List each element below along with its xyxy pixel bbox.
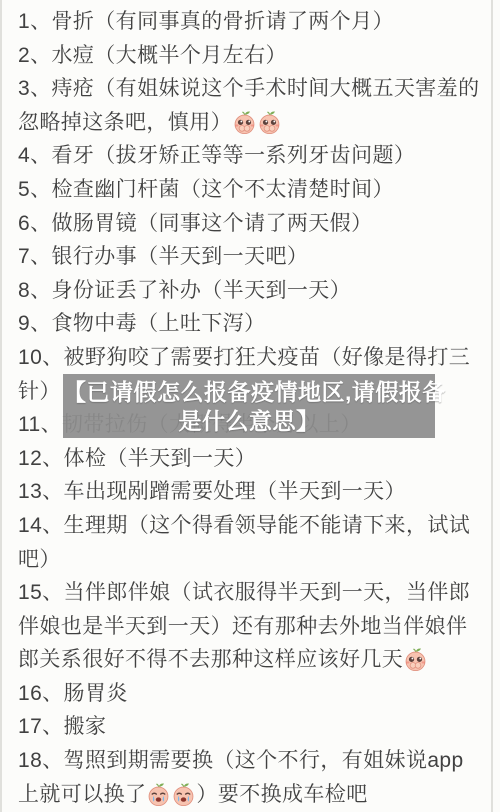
watermark-text-line1: 【已请假怎么报备疫情地区,请假报备 <box>63 378 435 407</box>
list-item-line-10-1: 10、被野狗咬了需要打狂犬疫苗（好像是得打三 <box>18 341 486 375</box>
list-item-line-8: 8、身份证丢了补办（半天到一天） <box>18 274 486 308</box>
list-line-text: ）要不换成车检吧 <box>196 783 367 806</box>
shy-peach-emoji <box>402 646 429 673</box>
list-item-line-5: 5、检查幽门杆菌（这个不太清楚时间） <box>18 173 486 207</box>
list-line-text: 18、驾照到期需要换（这个不行，有姐妹说app <box>18 749 464 772</box>
crying-peach-emoji <box>170 781 197 808</box>
list-line-text: 伴娘也是半天到一天）还有那种去外地当伴娘伴 <box>18 615 467 638</box>
list-item-line-14-1: 14、生理期（这个得看领导能不能请下来，试试 <box>18 509 486 543</box>
crying-peach-emoji <box>145 781 172 808</box>
list-item-line-1: 1、骨折（有同事真的骨折请了两个月） <box>18 5 486 39</box>
list-item-line-9: 9、食物中毒（上吐下泻） <box>18 307 486 341</box>
list-item-line-18-2: 上就可以换了）要不换成车检吧 <box>18 778 486 812</box>
shy-peach-emoji <box>231 109 258 136</box>
list-item-line-15-3: 郎关系很好不得不去那种这样应该好几天 <box>18 643 486 677</box>
list-line-text: 13、车出现剐蹭需要处理（半天到一天） <box>18 480 406 503</box>
list-item-line-2: 2、水痘（大概半个月左右） <box>18 39 486 73</box>
list-line-text: 4、看牙（拔牙矫正等等一系列牙齿问题） <box>18 144 415 167</box>
list-line-text: 17、搬家 <box>18 715 106 738</box>
list-item-line-13: 13、车出现剐蹭需要处理（半天到一天） <box>18 475 486 509</box>
list-line-text: 上就可以换了 <box>18 783 146 806</box>
list-item-line-15-2: 伴娘也是半天到一天）还有那种去外地当伴娘伴 <box>18 610 486 644</box>
left-edge-line <box>0 0 2 812</box>
shy-peach-emoji <box>256 109 283 136</box>
list-item-line-7: 7、银行办事（半天到一天吧） <box>18 240 486 274</box>
list-item-line-14-2: 吧） <box>18 543 486 577</box>
list-item-line-6: 6、做肠胃镜（同事这个请了两天假） <box>18 207 486 241</box>
list-line-text: 忽略掉这条吧，慎用） <box>18 111 232 134</box>
list-line-text: 7、银行办事（半天到一天吧） <box>18 245 308 268</box>
list-line-text: 3、痔疮（有姐妹说这个手术时间大概五天害羞的 <box>18 77 479 100</box>
list-line-text: 15、当伴郎伴娘（试衣服得半天到一天，当伴郎 <box>18 581 470 604</box>
list-line-text: 针） <box>18 380 61 403</box>
list-item-line-3-1: 3、痔疮（有姐妹说这个手术时间大概五天害羞的 <box>18 72 486 106</box>
list-item-line-3-2: 忽略掉这条吧，慎用） <box>18 106 486 140</box>
list-line-text: 吧） <box>18 548 61 571</box>
list-line-text: 5、检查幽门杆菌（这个不太清楚时间） <box>18 178 394 201</box>
list-item-line-15-1: 15、当伴郎伴娘（试衣服得半天到一天，当伴郎 <box>18 576 486 610</box>
watermark-text-line2: 是什么意思】 <box>63 407 435 436</box>
list-line-text: 2、水痘（大概半个月左右） <box>18 44 287 67</box>
watermark-banner: 【已请假怎么报备疫情地区,请假报备 是什么意思】 <box>63 374 435 438</box>
list-item-line-16: 16、肠胃炎 <box>18 677 486 711</box>
list-item-line-17: 17、搬家 <box>18 710 486 744</box>
list-item-line-4: 4、看牙（拔牙矫正等等一系列牙齿问题） <box>18 139 486 173</box>
list-line-text: 12、体检（半天到一天） <box>18 447 256 470</box>
list-line-text: 1、骨折（有同事真的骨折请了两个月） <box>18 10 394 33</box>
list-line-text: 郎关系很好不得不去那种这样应该好几天 <box>18 648 403 671</box>
list-line-text: 6、做肠胃镜（同事这个请了两天假） <box>18 212 372 235</box>
list-item-line-18-1: 18、驾照到期需要换（这个不行，有姐妹说app <box>18 744 486 778</box>
list-line-text: 8、身份证丢了补办（半天到一天） <box>18 279 351 302</box>
list-line-text: 9、食物中毒（上吐下泻） <box>18 312 265 335</box>
list-line-text: 16、肠胃炎 <box>18 682 128 705</box>
list-item-line-12: 12、体检（半天到一天） <box>18 442 486 476</box>
right-edge-line <box>491 0 493 812</box>
list-line-text: 10、被野狗咬了需要打狂犬疫苗（好像是得打三 <box>18 346 470 369</box>
list-line-text: 14、生理期（这个得看领导能不能请下来，试试 <box>18 514 470 537</box>
